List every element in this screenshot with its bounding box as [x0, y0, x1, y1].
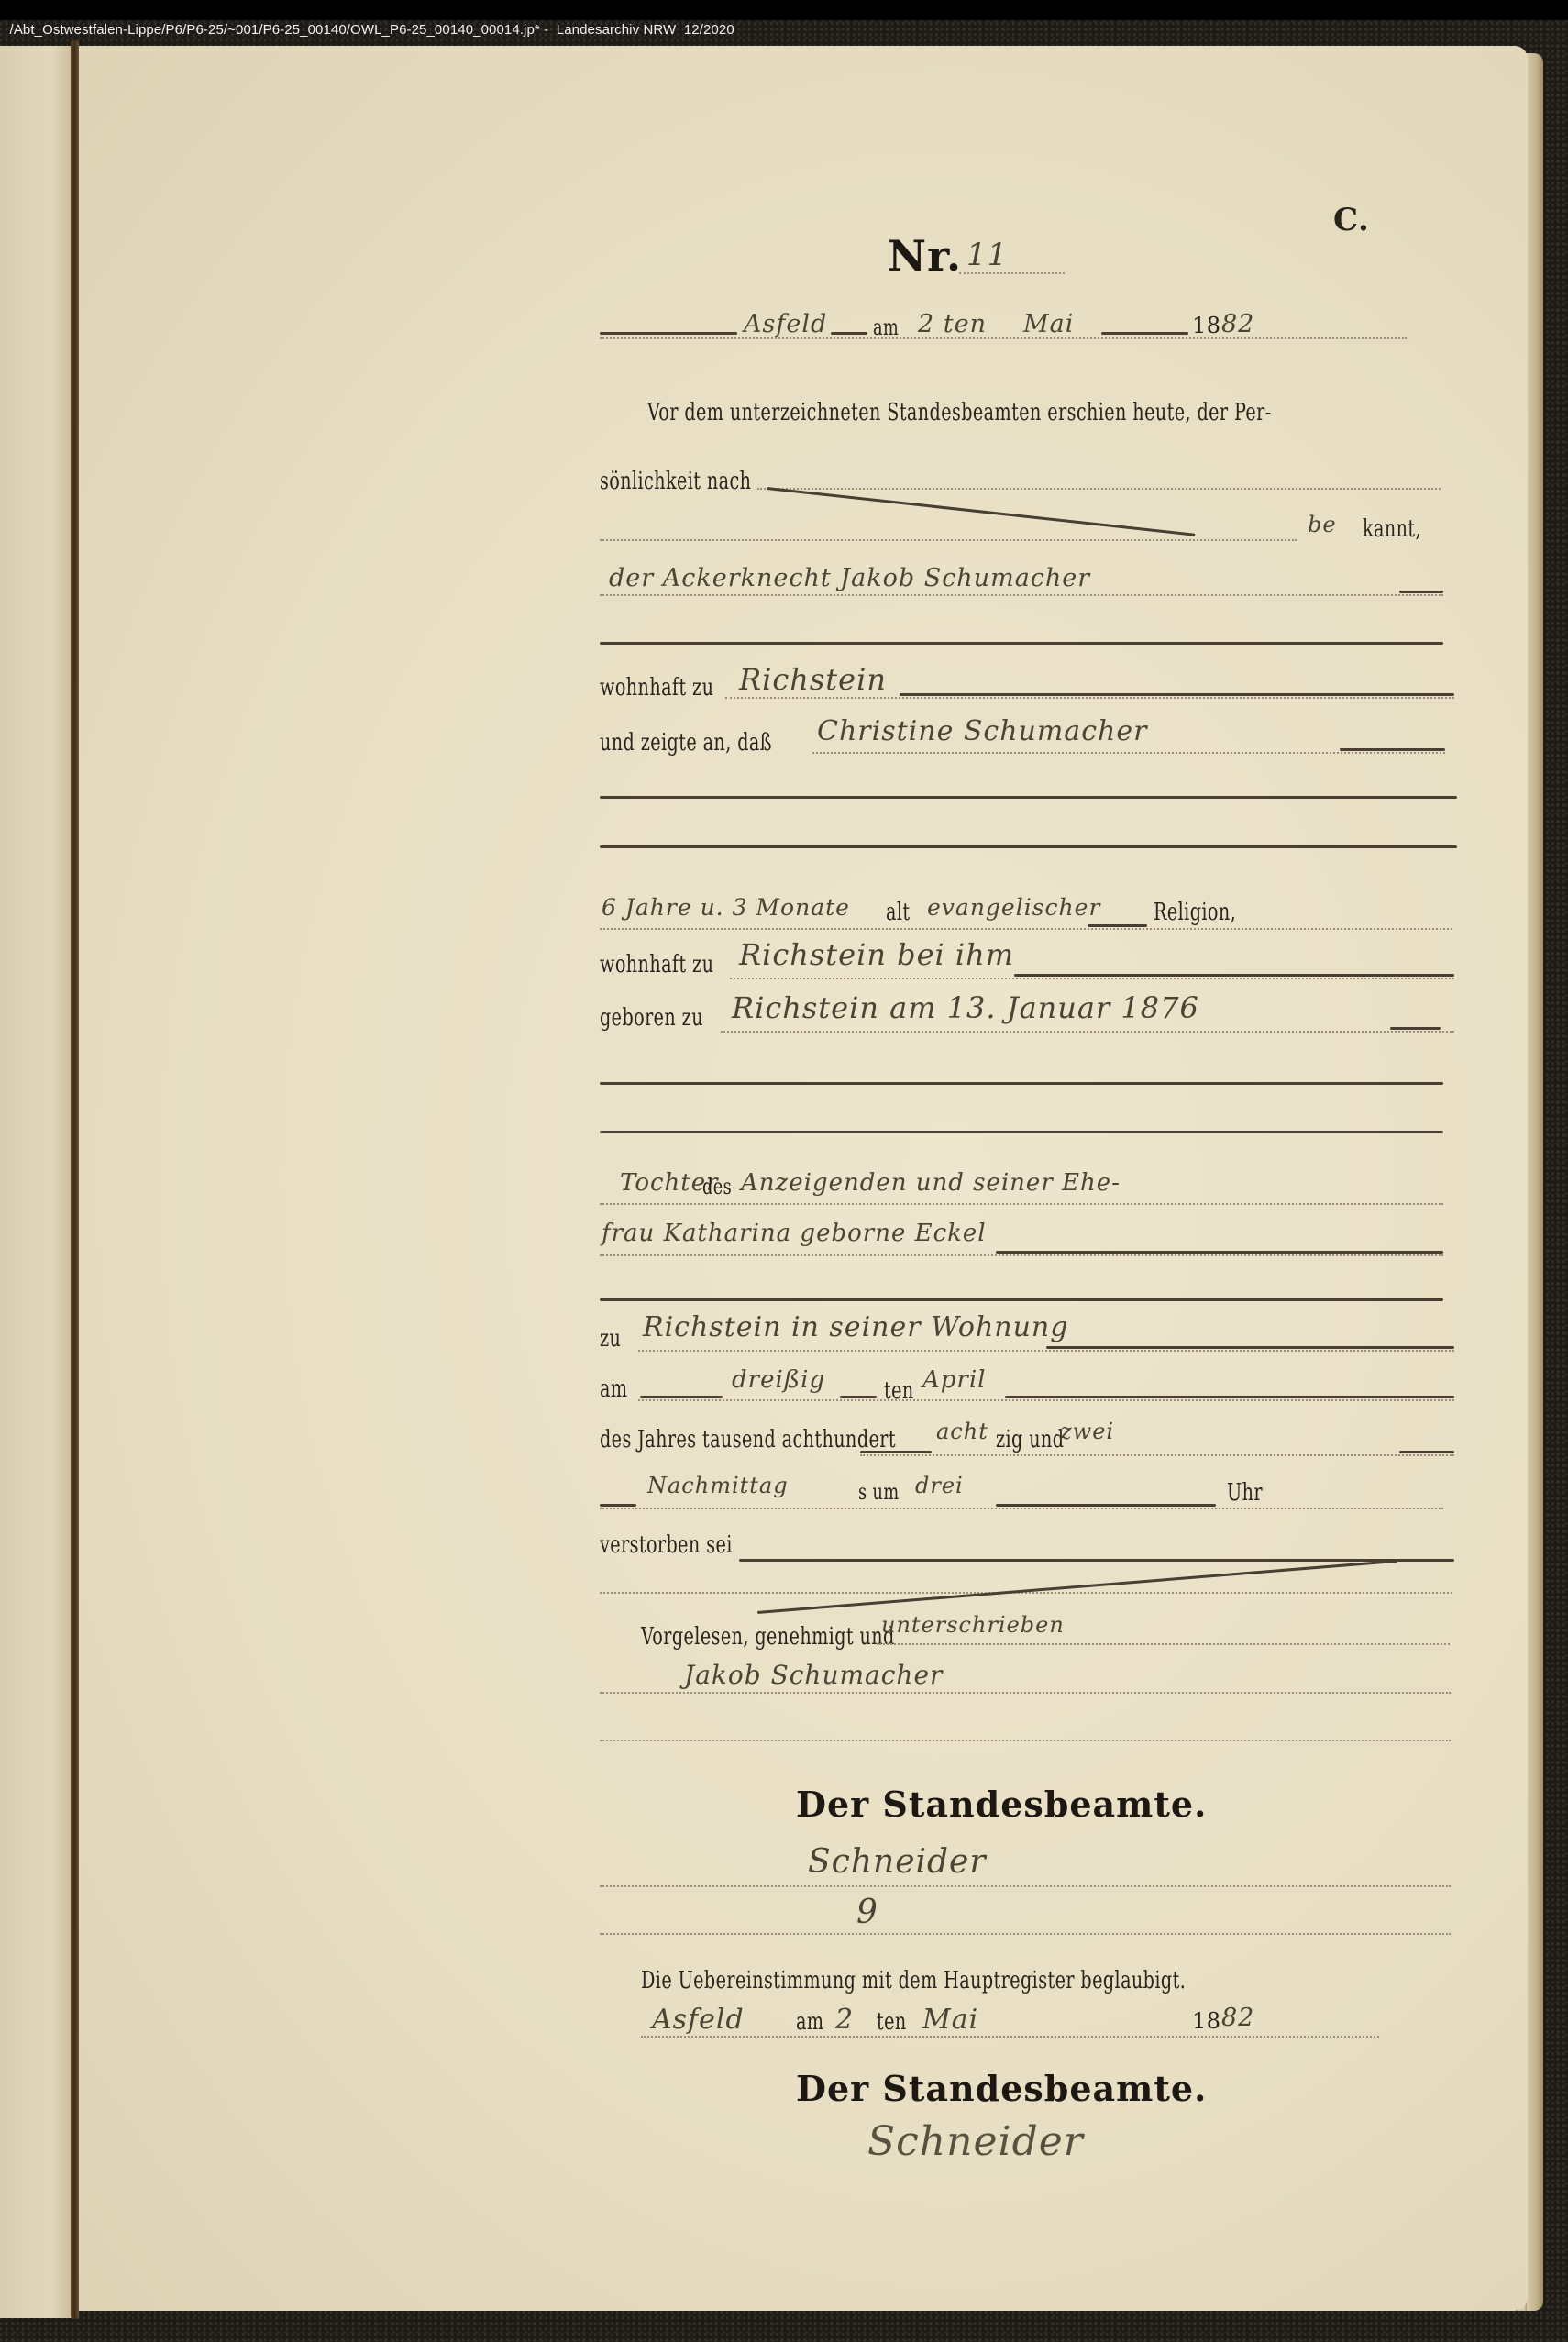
parents-mother: frau Katharina geborne Eckel — [602, 1220, 987, 1247]
death-place-label: zu — [600, 1325, 621, 1353]
death-month-value: April — [922, 1366, 986, 1394]
window-title-bar: /Abt_Ostwestfalen-Lippe/P6/P6-25/~001/P6… — [0, 0, 1568, 20]
death-day-value: dreißig — [732, 1366, 825, 1394]
death-year-tens: acht — [936, 1419, 988, 1444]
closing-label: Vorgelesen, genehmigt und — [641, 1623, 895, 1651]
residence2-value: Richstein bei ihm — [739, 937, 1014, 972]
death-uhr-label: Uhr — [1227, 1479, 1263, 1507]
form-letter: C. — [1333, 202, 1369, 238]
certification-year-prefix: 18 — [1192, 2008, 1221, 2034]
certification-day: 2 — [835, 2004, 854, 2036]
reported-person: Christine Schumacher — [817, 715, 1147, 747]
death-year-units: zwei — [1060, 1419, 1114, 1444]
intro-line-1: Vor dem unterzeichneten Standesbeamten e… — [647, 399, 1272, 426]
document-page: C. Nr. 11 Asfeld am 2 ten Mai 18 82 Vor … — [79, 46, 1528, 2311]
book-binding — [71, 40, 79, 2319]
age-alt-label: alt — [886, 899, 910, 926]
death-time-of-day: Nachmittag — [647, 1473, 789, 1498]
record-number: 11 — [966, 237, 1008, 273]
death-hour-value: drei — [915, 1473, 964, 1498]
certification-ten: ten — [877, 2008, 907, 2036]
residence-value: Richstein — [739, 662, 887, 697]
death-year-zig-label: zig und — [996, 1426, 1064, 1453]
parents-des: des — [702, 1174, 732, 1199]
registrar-mark: 9 — [856, 1894, 878, 1931]
registrar-signature: Schneider — [808, 1843, 987, 1881]
religion-label: Religion, — [1154, 899, 1236, 926]
registrar-heading: Der Standesbeamte. — [796, 1784, 1207, 1825]
registrar-heading-2: Der Standesbeamte. — [796, 2068, 1207, 2109]
certification-place: Asfeld — [652, 2004, 745, 2036]
header-month: Mai — [1023, 310, 1074, 338]
header-am-label: am — [873, 315, 899, 340]
header-year-prefix: 18 — [1192, 313, 1221, 338]
left-page-edge — [0, 46, 73, 2318]
death-s-um-label: s um — [858, 1479, 900, 1505]
closing-value: unterschrieben — [881, 1612, 1065, 1638]
death-am-label: am — [600, 1375, 627, 1403]
informant-signature: Jakob Schumacher — [684, 1660, 943, 1690]
header-day: 2 ten — [918, 310, 987, 338]
intro-hand-be: be — [1308, 512, 1337, 537]
death-year-label: des Jahres tausend achthundert — [600, 1426, 896, 1453]
certification-am: am — [796, 2008, 823, 2036]
informant-name: der Ackerknecht Jakob Schumacher — [609, 564, 1090, 592]
residence2-label: wohnhaft zu — [600, 951, 713, 978]
window-title: /Abt_Ostwestfalen-Lippe/P6/P6-25/~001/P6… — [10, 22, 734, 38]
deceased-label: verstorben sei — [600, 1531, 733, 1559]
certification-text: Die Uebereinstimmung mit dem Hauptregist… — [641, 1967, 1186, 1994]
registrar-signature-2: Schneider — [867, 2118, 1084, 2165]
parents-hand-b: Anzeigenden und seiner Ehe- — [741, 1169, 1121, 1197]
report-label: und zeigte an, daß — [600, 729, 772, 757]
death-ten-label: ten — [884, 1377, 914, 1405]
header-year-suffix: 82 — [1221, 310, 1254, 338]
residence-label: wohnhaft zu — [600, 674, 713, 701]
religion-value: evangelischer — [927, 894, 1100, 921]
death-place-value: Richstein in seiner Wohnung — [643, 1311, 1068, 1343]
header-place: Asfeld — [744, 310, 827, 338]
age-value: 6 Jahre u. 3 Monate — [602, 894, 850, 921]
intro-kannt: kannt, — [1363, 515, 1421, 543]
birth-value: Richstein am 13. Januar 1876 — [732, 990, 1199, 1025]
intro-line-2: sönlichkeit nach — [600, 468, 751, 495]
certification-year-suffix: 82 — [1221, 2004, 1254, 2032]
number-label: Nr. — [888, 231, 962, 281]
birth-label: geboren zu — [600, 1004, 703, 1032]
certification-month: Mai — [922, 2004, 978, 2036]
